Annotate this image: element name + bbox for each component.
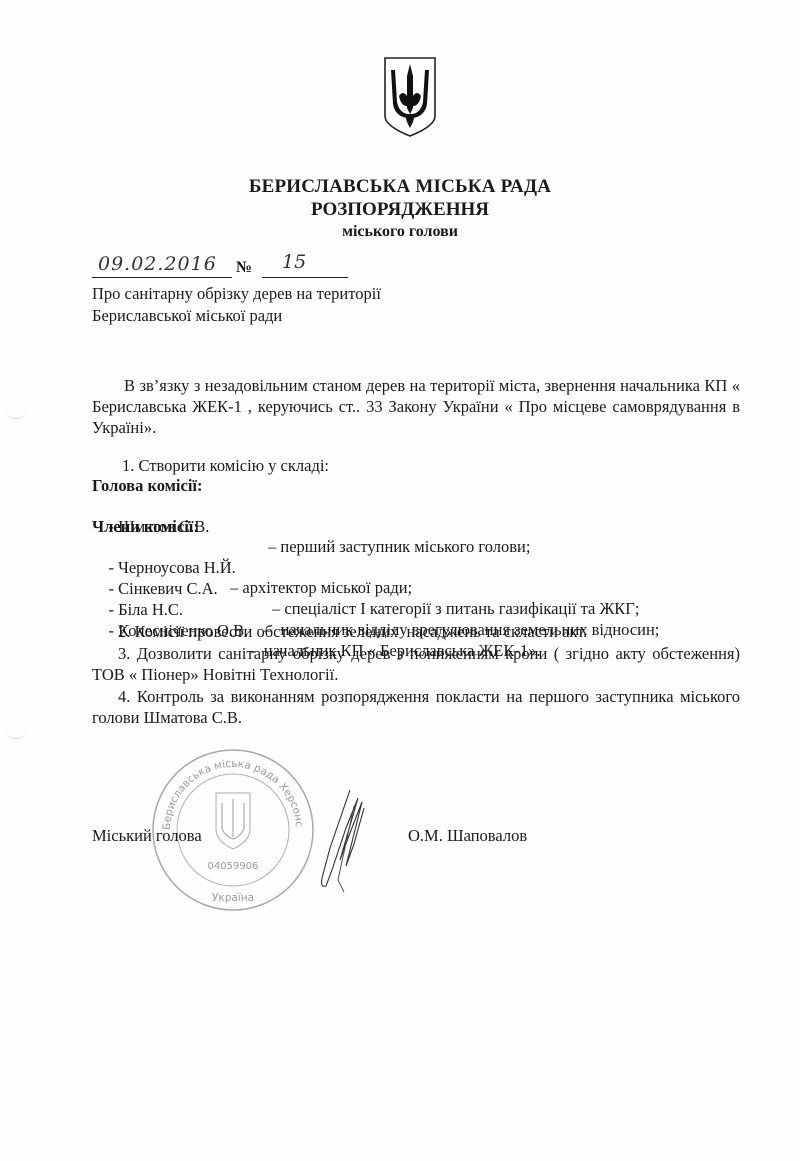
- document-page: БЕРИСЛАВСЬКА МІСЬКА РАДА РОЗПОРЯДЖЕННЯ м…: [0, 0, 800, 1161]
- item-1: 1. Створити комісію у складі:: [122, 456, 329, 476]
- document-issuer: міського голови: [0, 223, 800, 241]
- members-heading: Члени комісії:: [92, 517, 199, 537]
- item-4: 4. Контроль за виконанням розпорядження …: [92, 686, 740, 728]
- stamp-outer-text: Бериславська міська рада Херсонської обл…: [148, 745, 305, 830]
- item-2: 2. Комісії провести обстеження зелених н…: [118, 622, 587, 642]
- signatory-name: О.М. Шаповалов: [408, 826, 527, 846]
- chair-heading: Голова комісії:: [92, 476, 203, 496]
- document-subject: Про санітарну обрізку дерев на території…: [92, 283, 381, 327]
- preamble-paragraph: В зв’язку з незадовільним станом дерев н…: [92, 375, 740, 438]
- handwritten-signature: [318, 788, 370, 893]
- number-underline: [262, 277, 348, 278]
- handwritten-date: 09.02.2016: [98, 253, 217, 275]
- number-sign: №: [236, 259, 252, 277]
- handwritten-number: 15: [282, 251, 306, 273]
- member-role: – спеціаліст І категорії з питань газифі…: [272, 599, 639, 619]
- stamp-bottom-text: Україна: [212, 892, 254, 904]
- signatory-position: Міський голова: [92, 826, 202, 846]
- chair-role: – перший заступник міського голови;: [268, 537, 530, 557]
- trident-emblem-icon: [383, 56, 437, 138]
- council-name: БЕРИСЛАВСЬКА МІСЬКА РАДА: [0, 176, 800, 198]
- subject-line-2: Бериславської міської ради: [92, 305, 381, 327]
- subject-line-1: Про санітарну обрізку дерев на території: [92, 283, 381, 305]
- item-3: 3. Дозволити санітарну обрізку дерев з п…: [92, 643, 740, 685]
- date-number-line: 09.02.2016 № 15: [92, 255, 347, 279]
- punch-hole-mark: [6, 410, 26, 419]
- document-type: РОЗПОРЯДЖЕННЯ: [0, 199, 800, 221]
- member-role: – архітектор міської ради;: [230, 578, 412, 598]
- stamp-code: 04059906: [208, 861, 259, 872]
- punch-hole-mark: [6, 730, 26, 739]
- date-underline: [92, 277, 232, 278]
